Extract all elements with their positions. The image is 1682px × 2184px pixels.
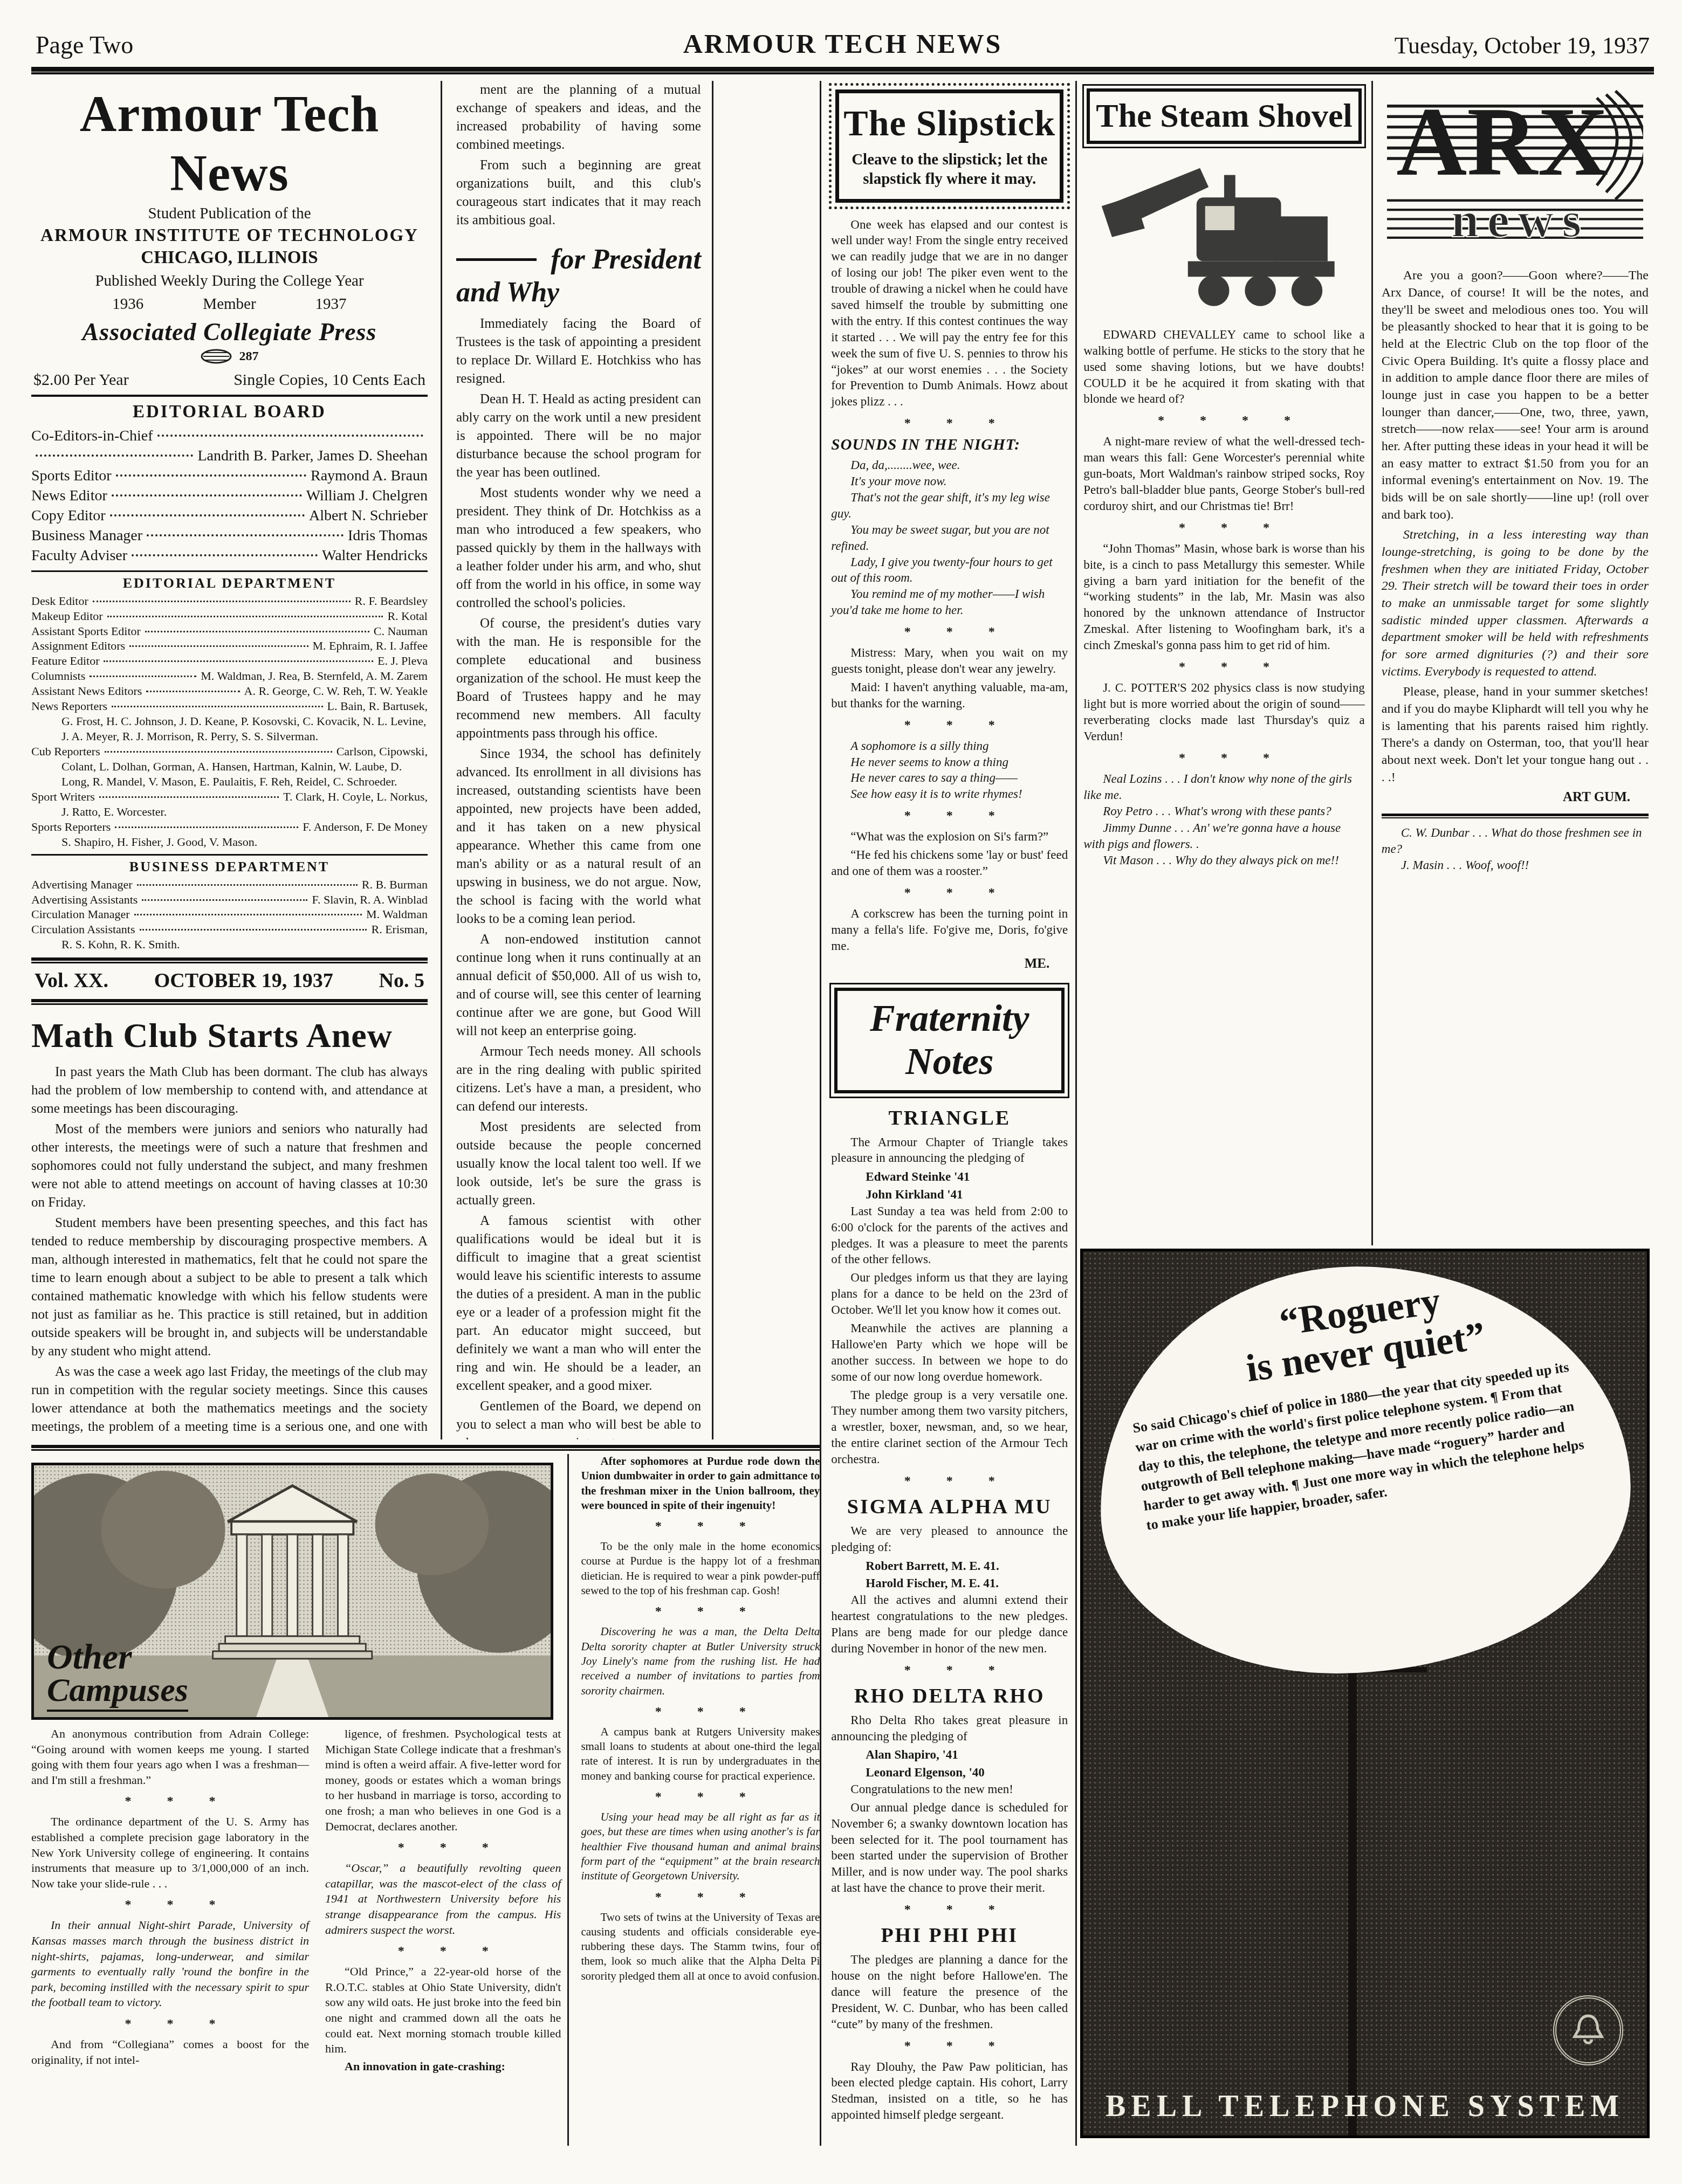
credit-value: Albert N. Schrieber	[309, 506, 428, 526]
rule	[31, 999, 428, 1005]
rule	[1382, 814, 1649, 818]
credit-label: Makeup Editor	[31, 609, 103, 624]
paragraph: Mistress: Mary, when you wait on my gues…	[831, 645, 1068, 677]
paragraph: Rho Delta Rho takes great pleasure in an…	[831, 1712, 1068, 1745]
joke-line: Da, da,........wee, wee.	[831, 457, 1068, 473]
paragraph: The ordinance department of the U. S. Ar…	[31, 1814, 309, 1891]
dot-leader	[132, 554, 318, 556]
paragraph: “John Thomas” Masin, whose bark is worse…	[1083, 541, 1365, 653]
volume-number: Vol. XX.	[35, 969, 108, 993]
heading-line2: and Why	[456, 277, 701, 308]
paper-title: ARMOUR TECH NEWS	[683, 28, 1003, 59]
rho-delta-rho-heading: RHO DELTA RHO	[831, 1684, 1068, 1708]
credit-continuation: S. Shapiro, H. Fisher, J. Good, V. Mason…	[31, 835, 428, 850]
credit-value: Raymond A. Braun	[311, 466, 428, 486]
rule	[31, 570, 428, 572]
paragraph: In past years the Math Club has been dor…	[31, 1063, 428, 1118]
paragraph: To be the only male in the home economic…	[581, 1539, 820, 1598]
star-separator: * * *	[831, 886, 1068, 900]
sounds-heading: SOUNDS IN THE NIGHT:	[831, 436, 1068, 454]
ad-footer: BELL TELEPHONE SYSTEM	[1083, 2089, 1647, 2124]
fraternity-notes-box: Fraternity Notes	[834, 988, 1065, 1093]
paragraph: Most students wonder why we need a presi…	[456, 484, 701, 612]
joke-line: That's not the gear shift, it's my leg w…	[831, 490, 1068, 522]
page-header: Page Two ARMOUR TECH NEWS Tuesday, Octob…	[31, 10, 1654, 67]
poem-line: See how easy it is to write rhymes!	[831, 786, 1068, 802]
quip-line: Neal Lozins . . . I don't know why none …	[1083, 771, 1365, 804]
credit-label: Assistant Sports Editor	[31, 624, 141, 639]
editorial-department: EDITORIAL DEPARTMENT Desk EditorR. F. Be…	[31, 575, 428, 953]
paragraph: Since 1934, the school has definitely ad…	[456, 745, 701, 928]
star-separator: * * *	[1083, 660, 1365, 674]
credit-label: Copy Editor	[31, 506, 106, 526]
president-editorial-heading: for President and Why	[456, 244, 701, 308]
credit-value: Carlson, Cipowski,	[337, 744, 428, 759]
paragraph: Using your head may be all right as far …	[581, 1810, 820, 1883]
acp-emblem-icon	[200, 348, 235, 364]
joke-line: You may be sweet sugar, but you are not …	[831, 522, 1068, 554]
steam-shovel-title: The Steam Shovel	[1095, 97, 1353, 135]
year-left: 1936	[112, 295, 143, 313]
credit-label: Assignment Editors	[31, 638, 125, 653]
paragraph: From such a beginning are great organiza…	[456, 156, 701, 230]
star-separator: * * *	[581, 1890, 820, 1905]
quip-line: Roy Petro . . . What's wrong with these …	[1083, 803, 1365, 819]
credit-label: Desk Editor	[31, 594, 88, 609]
slipstick-box: The Slipstick Cleave to the slipstick; l…	[835, 89, 1063, 203]
arx-logo-sub: news	[1451, 192, 1590, 248]
credit-label: Columnists	[31, 669, 85, 684]
arx-news-column: ARX news Are you a goon?——Goon where?——T…	[1371, 81, 1654, 1245]
poem-line: He never seems to know a thing	[831, 754, 1068, 770]
article-headline: Math Club Starts Anew	[31, 1016, 428, 1056]
star-separator: * * *	[581, 1604, 820, 1619]
star-separator: * * *	[31, 1898, 309, 1912]
paragraph: Meanwhile the actives are planning a Hal…	[831, 1320, 1068, 1385]
paragraph: Congratulations to the new men!	[831, 1781, 1068, 1797]
paragraph: J. C. POTTER'S 202 physics class is now …	[1083, 680, 1365, 745]
paragraph: Gentlemen of the Board, we depend on you…	[456, 1397, 701, 1439]
steam-shovel-column: The Steam Shovel	[1077, 81, 1371, 1245]
credit-value: A. R. George, C. W. Reh, T. W. Yeakle	[244, 684, 428, 699]
paragraph: After sophomores at Purdue rode down the…	[581, 1454, 820, 1513]
star-separator: * * *	[31, 1794, 309, 1809]
other-campuses-label: Other Campuses	[47, 1641, 188, 1712]
credit-value: M. Ephraim, R. I. Jaffee	[313, 638, 428, 653]
joke-line: Lady, I give you twenty-four hours to ge…	[831, 554, 1068, 587]
credit-label: Cub Reporters	[31, 744, 100, 759]
heading-line1: for President	[551, 244, 701, 275]
credit-label: Sports Editor	[31, 466, 112, 486]
dot-leader	[147, 534, 344, 536]
star-separator: * * *	[831, 1474, 1068, 1489]
acp-emblem-row: 287	[31, 348, 428, 364]
paragraph: A corkscrew has been the turning point i…	[831, 906, 1068, 954]
credit-value: R. B. Burman	[362, 877, 428, 892]
credit-continuation: R. S. Kohn, R. K. Smith.	[31, 937, 428, 952]
left-zone: Armour Tech News Student Publication of …	[31, 81, 820, 2146]
editorial-column: ment are the planning of a mutual exchan…	[441, 81, 713, 1439]
credit-value: E. J. Pleva	[377, 653, 428, 669]
masthead-title: Armour Tech News	[31, 84, 428, 203]
credit-value: Walter Hendricks	[322, 546, 428, 566]
paragraph: Our annual pledge dance is scheduled for…	[831, 1800, 1068, 1896]
paragraph: Our pledges inform us that they are layi…	[831, 1270, 1068, 1318]
member-line: 1936 Member 1937	[31, 295, 428, 313]
star-separator: * * *	[831, 1903, 1068, 1917]
pledge-name: Alan Shapiro, '41	[831, 1746, 1068, 1763]
newspaper-page: Page Two ARMOUR TECH NEWS Tuesday, Octob…	[0, 0, 1682, 2184]
star-separator: * * *	[1083, 521, 1365, 535]
slipstick-column: The Slipstick Cleave to the slipstick; l…	[821, 81, 1075, 2146]
dot-leader	[110, 514, 305, 516]
paragraph: Please, please, hand in your summer sket…	[1382, 684, 1649, 786]
credit-continuation: Colant, L. Dolhan, Gorman, A. Hansen, Ha…	[31, 759, 428, 789]
credit-row: Landrith B. Parker, James D. Sheehan	[31, 446, 428, 466]
credit-value: M. Waldman, J. Rea, B. Sternfeld, A. M. …	[201, 669, 428, 684]
acp-wordmark: Associated Collegiate Press	[31, 318, 428, 346]
paragraph: Maid: I haven't anything valuable, ma-am…	[831, 679, 1068, 712]
credit-value: F. Slavin, R. A. Winblad	[312, 892, 428, 907]
credit-label: Business Manager	[31, 526, 142, 546]
paragraph: Most of the members were juniors and sen…	[31, 1120, 428, 1212]
article-math-club: Math Club Starts Anew In past years the …	[31, 1016, 428, 1439]
business-department-heading: BUSINESS DEPARTMENT	[31, 859, 428, 875]
star-separator: * * *	[325, 1841, 561, 1855]
paragraph: Last Sunday a tea was held from 2:00 to …	[831, 1203, 1068, 1268]
masthead-sub1: Student Publication of the	[31, 205, 428, 223]
member-label: Member	[203, 295, 256, 313]
editorial-department-heading: EDITORIAL DEPARTMENT	[31, 575, 428, 591]
credit-value: R. Kotal	[387, 609, 428, 624]
credit-value: T. Clark, H. Coyle, L. Norkus,	[283, 789, 428, 804]
other-campuses-illustration: Other Campuses	[31, 1463, 553, 1720]
credit-row: Co-Editors-in-Chief	[31, 426, 428, 446]
credit-value: R. F. Beardsley	[355, 594, 428, 609]
steam-shovel-box: The Steam Shovel	[1087, 88, 1362, 144]
star-separator: * * *	[1083, 751, 1365, 766]
star-separator: * * *	[831, 416, 1068, 431]
paragraph: The pledges are planning a dance for the…	[831, 1952, 1068, 2032]
star-separator: * * *	[831, 718, 1068, 733]
right-east: The Steam Shovel	[1075, 81, 1654, 2146]
editorial-board-list: Co-Editors-in-Chief Landrith B. Parker, …	[31, 426, 428, 566]
credit-value: M. Waldman	[366, 907, 428, 922]
credit-label: Assistant News Editors	[31, 684, 142, 699]
credit-value: C. Nauman	[374, 624, 428, 639]
pledge-name: Edward Steinke '41	[831, 1168, 1068, 1186]
dot-leader	[116, 474, 306, 477]
poem-line: A sophomore is a silly thing	[831, 738, 1068, 754]
fraternity-notes-title: Fraternity Notes	[844, 997, 1055, 1084]
pledge-names: Alan Shapiro, '41 Leonard Elgenson, '40	[831, 1746, 1068, 1781]
joke-line: You remind me of my mother——I wish you'd…	[831, 586, 1068, 618]
campuses-column-b: ligence, of freshmen. Psychological test…	[323, 1726, 567, 2146]
masthead: Armour Tech News Student Publication of …	[31, 84, 428, 397]
quip-line: J. Masin . . . Woof, woof!!	[1382, 857, 1649, 873]
credit-label: News Reporters	[31, 699, 107, 714]
rule	[31, 854, 428, 856]
acp-number: 287	[239, 349, 258, 364]
phi-phi-phi-heading: PHI PHI PHI	[831, 1924, 1068, 1947]
paragraph: ment are the planning of a mutual exchan…	[456, 81, 701, 154]
credit-row: Copy EditorAlbert N. Schrieber	[31, 506, 428, 526]
masthead-sub4: Published Weekly During the College Year	[31, 272, 428, 290]
triangle-heading: TRIANGLE	[831, 1106, 1068, 1130]
paragraph: Of course, the president's duties vary w…	[456, 615, 701, 743]
credit-value: William J. Chelgren	[306, 486, 428, 506]
paragraph: Most presidents are selected from outsid…	[456, 1118, 701, 1210]
joke-line: It's your move now.	[831, 473, 1068, 490]
paragraph: We are very pleased to announce the pled…	[831, 1523, 1068, 1555]
issue-number: No. 5	[379, 969, 424, 993]
credit-label: Faculty Adviser	[31, 546, 127, 566]
star-separator: * * *	[581, 1790, 820, 1804]
campuses-column-a: An anonymous contribution from Adrain Co…	[31, 1726, 323, 2146]
credit-value: L. Bain, R. Bartusek,	[327, 699, 428, 714]
credit-value: F. Anderson, F. De Money	[303, 819, 428, 835]
issue-date: Tuesday, October 19, 1937	[1395, 32, 1650, 59]
paragraph: A famous scientist with other qualificat…	[456, 1212, 701, 1395]
pledge-name: John Kirkland '41	[831, 1186, 1068, 1203]
steam-shovel-image	[1095, 153, 1354, 316]
paragraph: In their annual Night-shirt Parade, Univ…	[31, 1918, 309, 2010]
credit-label: Feature Editor	[31, 653, 99, 669]
paragraph: One week has elapsed and our contest is …	[831, 217, 1068, 410]
paragraph: Immediately facing the Board of Trustees…	[456, 315, 701, 388]
price-single-copy: Single Copies, 10 Cents Each	[234, 371, 425, 389]
paragraph: Dean H. T. Heald as acting president can…	[456, 390, 701, 482]
campuses-column-c: After sophomores at Purdue rode down the…	[567, 1454, 820, 2146]
star-separator: * * * *	[1083, 414, 1365, 428]
credit-row: Faculty AdviserWalter Hendricks	[31, 546, 428, 566]
ad-copy-panel: “Roguery is never quiet” So said Chicago…	[1096, 1262, 1633, 1677]
dot-leader	[112, 494, 302, 497]
paragraph: A night-mare review of what the well-dre…	[1083, 433, 1365, 514]
paragraph: Armour Tech needs money. All schools are…	[456, 1043, 701, 1116]
price-line: $2.00 Per Year Single Copies, 10 Cents E…	[31, 371, 428, 397]
dot-leader	[157, 435, 423, 437]
star-separator: * * *	[581, 1705, 820, 1719]
paragraph: A campus bank at Rutgers University make…	[581, 1725, 820, 1783]
paragraph: “Old Prince,” a 22-year-old horse of the…	[325, 1964, 561, 2057]
bell-icon	[1566, 2008, 1611, 2053]
star-separator: * * *	[325, 1944, 561, 1959]
star-separator: * * *	[831, 625, 1068, 639]
paragraph: “He fed his chickens some 'lay or bust' …	[831, 847, 1068, 879]
page-number-label: Page Two	[36, 31, 683, 59]
pledge-name: Robert Barrett, M. E. 41.	[831, 1558, 1068, 1575]
pledge-name: Leonard Elgenson, '40	[831, 1764, 1068, 1781]
paragraph: Discovering he was a man, the Delta Delt…	[581, 1624, 820, 1698]
credit-label: Advertising Assistants	[31, 892, 138, 907]
masthead-sub2: ARMOUR INSTITUTE OF TECHNOLOGY	[31, 226, 428, 246]
slipstick-signature: ME.	[831, 956, 1068, 972]
paragraph: Are you a goon?——Goon where?——The Arx Da…	[1382, 267, 1649, 523]
paragraph: The Armour Chapter of Triangle takes ple…	[831, 1134, 1068, 1167]
credit-label: News Editor	[31, 486, 107, 506]
other-campuses-section: Other Campuses An anonymous contribution…	[31, 1454, 820, 2146]
paragraph: “Oscar,” a beautifully revolting queen c…	[325, 1861, 561, 1938]
credit-continuation: J. Ratto, E. Worcester.	[31, 804, 428, 819]
rule	[31, 957, 428, 963]
steam-shovel-illustration	[1095, 153, 1354, 319]
credit-label: Circulation Assistants	[31, 922, 135, 937]
section-divider-rule	[31, 1445, 820, 1451]
paragraph: Student members have been presenting spe…	[31, 1214, 428, 1361]
pledge-name: Harold Fischer, M. E. 41.	[831, 1575, 1068, 1592]
bell-telephone-ad: “Roguery is never quiet” So said Chicago…	[1080, 1249, 1650, 2138]
star-separator: * * *	[31, 2017, 309, 2031]
arx-logo-image: ARX news	[1387, 86, 1643, 255]
sigma-alpha-mu-heading: SIGMA ALPHA MU	[831, 1495, 1068, 1519]
volume-date: OCTOBER 19, 1937	[154, 969, 333, 993]
credit-label: Circulation Manager	[31, 907, 130, 922]
arx-news-logo: ARX news	[1387, 86, 1643, 258]
header-rule	[31, 67, 1654, 74]
star-separator: * * *	[831, 809, 1068, 823]
pledge-names: Edward Steinke '41 John Kirkland '41	[831, 1168, 1068, 1203]
credit-row: Business ManagerIdris Thomas	[31, 526, 428, 546]
quip-line: C. W. Dunbar . . . What do those freshme…	[1382, 825, 1649, 858]
slipstick-title: The Slipstick	[843, 102, 1055, 144]
credit-label: Sport Writers	[31, 789, 95, 804]
dot-leader	[36, 454, 193, 457]
paragraph: Ray Dlouhy, the Paw Paw politician, has …	[831, 2059, 1068, 2124]
quip-line: Vit Mason . . . Why do they always pick …	[1083, 852, 1365, 869]
star-separator: * * *	[581, 1519, 820, 1534]
paragraph: And from “Collegiana” comes a boost for …	[31, 2037, 309, 2068]
arx-logo-main: ARX	[1396, 88, 1608, 196]
heading-rule	[456, 258, 537, 261]
paragraph: EDWARD CHEVALLEY came to school like a w…	[1083, 327, 1365, 407]
paragraph: All the actives and alumni extend their …	[831, 1592, 1068, 1657]
paragraph: An anonymous contribution from Adrain Co…	[31, 1726, 309, 1788]
year-right: 1937	[315, 295, 347, 313]
paragraph: Two sets of twins at the University of T…	[581, 1910, 820, 1983]
editorial-board-heading: EDITORIAL BOARD	[31, 402, 428, 422]
masthead-sub3: CHICAGO, ILLINOIS	[31, 248, 428, 268]
credit-label: Advertising Manager	[31, 877, 133, 892]
credit-value: Landrith B. Parker, James D. Sheehan	[197, 446, 428, 466]
credit-row: Sports EditorRaymond A. Braun	[31, 466, 428, 486]
bell-system-seal	[1553, 1995, 1623, 2065]
credit-value: R. Erisman,	[371, 922, 428, 937]
star-separator: * * *	[831, 1663, 1068, 1678]
paragraph: Stretching, in a less interesting way th…	[1382, 527, 1649, 680]
volume-line: Vol. XX. OCTOBER 19, 1937 No. 5	[31, 967, 428, 994]
right-zone: The Slipstick Cleave to the slipstick; l…	[820, 81, 1654, 2146]
credit-continuation: G. Frost, H. C. Johnson, J. D. Keane, P.…	[31, 714, 428, 744]
paragraph: The pledge group is a very versatile one…	[831, 1387, 1068, 1468]
star-separator: * * *	[831, 2039, 1068, 2054]
quip-line: Jimmy Dunne . . . An' we're gonna have a…	[1083, 820, 1365, 853]
pledge-names: Robert Barrett, M. E. 41. Harold Fischer…	[831, 1558, 1068, 1592]
telephone-pole-art	[1348, 1641, 1357, 2135]
paragraph: ligence, of freshmen. Psychological test…	[325, 1726, 561, 1834]
credit-label: Co-Editors-in-Chief	[31, 426, 153, 446]
credit-row: News EditorWilliam J. Chelgren	[31, 486, 428, 506]
paragraph: An innovation in gate-crashing:	[325, 2059, 561, 2075]
credit-value: Idris Thomas	[348, 526, 428, 546]
slipstick-motto: Cleave to the slipstick; let the slapsti…	[843, 150, 1055, 189]
price-per-year: $2.00 Per Year	[33, 371, 129, 389]
paragraph: A non-endowed institution cannot continu…	[456, 931, 701, 1041]
paragraph: “What was the explosion on Si's farm?”	[831, 829, 1068, 845]
masthead-column: Armour Tech News Student Publication of …	[31, 81, 441, 1439]
poem-line: He never cares to say a thing——	[831, 770, 1068, 786]
paragraph: As was the case a week ago last Friday, …	[31, 1363, 428, 1439]
arx-signature: ART GUM.	[1382, 790, 1649, 805]
credit-label: Sports Reporters	[31, 819, 111, 835]
